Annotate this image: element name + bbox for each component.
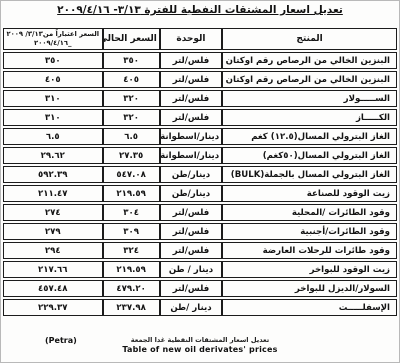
cell-product: الغاز البترولي المسال(٥٠كغم) [222, 147, 397, 164]
cell-new-price: ٢٧٤ [3, 204, 103, 221]
cell-product: البنزين الخالي من الرصاص رقم اوكتان (٩٠) [222, 52, 397, 69]
cell-unit: فلس/لتر [160, 90, 222, 107]
table-row: الســـــولار فلس/لتر ٣٢٠ ٣١٠ [3, 90, 397, 107]
table-row: الغاز البترولي المسال بالجملة(BULK) دينا… [3, 166, 397, 183]
cell-current-price: ٣٠٩ [103, 223, 160, 240]
header-unit: الوحدة [160, 28, 222, 50]
cell-product: وقود طائرات للرحلات العارضة [222, 242, 397, 259]
header-current-price: السعر الحالي [103, 28, 160, 50]
cell-product: الغاز البترولي المسال بالجملة(BULK) [222, 166, 397, 183]
cell-product: زيت الوقود للبواخر [222, 261, 397, 278]
cell-current-price: ٤٠٥ [103, 71, 160, 88]
header-new-price-line2: _٢٠٠٩/٤/١٦ [6, 39, 100, 48]
cell-unit: فلس/لتر [160, 223, 222, 240]
header-product: المنتج [222, 28, 397, 50]
cell-unit: دينار/طن [160, 185, 222, 202]
cell-unit: دينار/اسطوانة [160, 147, 222, 164]
cell-product: الســـــولار [222, 90, 397, 107]
cell-new-price: ٤٠٥ [3, 71, 103, 88]
cell-unit: دينار /طن [160, 299, 222, 316]
cell-product: زيت الوقود للصناعة [222, 185, 397, 202]
header-new-price-line1: السعر اعتباراً من٣/١٣/ ٢٠٠٩ [6, 30, 100, 39]
cell-new-price: ٢٩٤ [3, 242, 103, 259]
cell-current-price: ٣٥٠ [103, 52, 160, 69]
cell-unit: فلس/لتر [160, 52, 222, 69]
footer: (Petra) تعديل اسعار المشتقات النفطية غدا… [1, 336, 399, 354]
cell-new-price: ٢٩.٦٢ [3, 147, 103, 164]
cell-product: الكـــــاز [222, 109, 397, 126]
cell-product: البنزين الخالي من الرصاص رقم اوكتان (٩٥) [222, 71, 397, 88]
table-row: البنزين الخالي من الرصاص رقم اوكتان (٩٠)… [3, 52, 397, 69]
cell-new-price: ٢١١.٤٧ [3, 185, 103, 202]
cell-current-price: ٢١٩.٥٩ [103, 185, 160, 202]
cell-product: وقود الطائرات/أجنبية [222, 223, 397, 240]
table-row: الكـــــاز فلس/لتر ٣٢٠ ٣١٠ [3, 109, 397, 126]
header-new-price: السعر اعتباراً من٣/١٣/ ٢٠٠٩ _٢٠٠٩/٤/١٦ [3, 28, 103, 50]
cell-product: الغاز البترولي المسال(١٢.٥) كغم [222, 128, 397, 145]
table-row: وقود الطائرات /المحلية فلس/لتر ٣٠٤ ٢٧٤ [3, 204, 397, 221]
footer-caption-english: Table of new oil derivates' prices [1, 345, 399, 354]
cell-current-price: ٢٧.٣٥ [103, 147, 160, 164]
table-row: الغاز البترولي المسال(٥٠كغم) دينار/اسطوا… [3, 147, 397, 164]
table-row: الإسفلـــــت دينار /طن ٢٣٧.٩٨ ٢٢٩.٣٧ [3, 299, 397, 316]
table-row: زيت الوقود للبواخر دينار / طن ٢١٩.٥٩ ٢١٧… [3, 261, 397, 278]
cell-current-price: ٣٠٤ [103, 204, 160, 221]
cell-new-price: ٢٧٩ [3, 223, 103, 240]
price-table: المنتج الوحدة السعر الحالي السعر اعتبارا… [3, 26, 397, 318]
cell-unit: دينار/اسطوانة [160, 128, 222, 145]
price-table-body: البنزين الخالي من الرصاص رقم اوكتان (٩٠)… [3, 52, 397, 316]
cell-product: السولار/الديزل للبواخر [222, 280, 397, 297]
page-title: تعديل اسعار المشتقات النفطية للفترة ٣/١٣… [1, 4, 399, 16]
table-row: السولار/الديزل للبواخر فلس/لتر ٤٧٩.٢٠ ٤٥… [3, 280, 397, 297]
cell-current-price: ٢٣٧.٩٨ [103, 299, 160, 316]
cell-current-price: ٦.٥ [103, 128, 160, 145]
cell-new-price: ٥٩٢.٣٩ [3, 166, 103, 183]
cell-current-price: ٣٢٠ [103, 90, 160, 107]
table-row: وقود طائرات للرحلات العارضة فلس/لتر ٣٢٤ … [3, 242, 397, 259]
table-row: وقود الطائرات/أجنبية فلس/لتر ٣٠٩ ٢٧٩ [3, 223, 397, 240]
cell-new-price: ٢١٧.٦٦ [3, 261, 103, 278]
cell-unit: دينار/طن [160, 166, 222, 183]
cell-new-price: ٣١٠ [3, 109, 103, 126]
cell-product: الإسفلـــــت [222, 299, 397, 316]
cell-current-price: ٥٤٧.٠٨ [103, 166, 160, 183]
cell-current-price: ٣٢٠ [103, 109, 160, 126]
table-row: زيت الوقود للصناعة دينار/طن ٢١٩.٥٩ ٢١١.٤… [3, 185, 397, 202]
cell-product: وقود الطائرات /المحلية [222, 204, 397, 221]
cell-new-price: ٣٥٠ [3, 52, 103, 69]
cell-new-price: ٤٥٧.٤٨ [3, 280, 103, 297]
table-header-row: المنتج الوحدة السعر الحالي السعر اعتبارا… [3, 28, 397, 50]
scanned-price-document: تعديل اسعار المشتقات النفطية للفترة ٣/١٣… [0, 0, 400, 363]
cell-current-price: ٢١٩.٥٩ [103, 261, 160, 278]
cell-new-price: ٦.٥ [3, 128, 103, 145]
cell-unit: دينار / طن [160, 261, 222, 278]
cell-new-price: ٢٢٩.٣٧ [3, 299, 103, 316]
cell-unit: فلس/لتر [160, 71, 222, 88]
cell-new-price: ٣١٠ [3, 90, 103, 107]
table-row: الغاز البترولي المسال(١٢.٥) كغم دينار/اس… [3, 128, 397, 145]
cell-unit: فلس/لتر [160, 109, 222, 126]
table-row: البنزين الخالي من الرصاص رقم اوكتان (٩٥)… [3, 71, 397, 88]
petra-credit: (Petra) [45, 336, 77, 345]
cell-current-price: ٣٢٤ [103, 242, 160, 259]
cell-unit: فلس/لتر [160, 280, 222, 297]
cell-current-price: ٤٧٩.٢٠ [103, 280, 160, 297]
cell-unit: فلس/لتر [160, 242, 222, 259]
cell-unit: فلس/لتر [160, 204, 222, 221]
